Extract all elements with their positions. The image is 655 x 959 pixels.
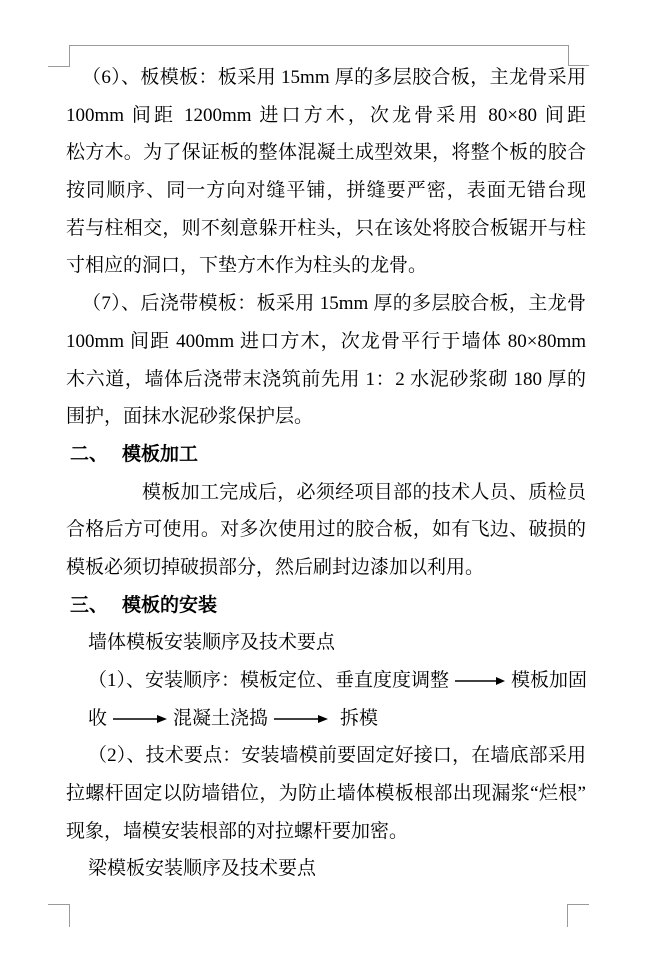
arrow-right-icon[interactable]	[274, 714, 328, 724]
heading-title: 模板的安装	[122, 595, 217, 616]
document-page: （6）、板模板：板采用 15mm 厚的多层胶合板，主龙骨采用 50× 100mm…	[0, 0, 655, 959]
section-heading-template-installation[interactable]: 三、模板的安装	[66, 587, 586, 625]
paragraph-line[interactable]: 梁模板安装顺序及技术要点	[66, 850, 586, 888]
paragraph-line[interactable]: 现象，墙模安装根部的对拉螺杆要加密。	[66, 813, 586, 851]
crop-mark-bottom-right-horizontal	[567, 904, 589, 905]
heading-number: 三、	[70, 595, 108, 616]
header-separator-line	[69, 45, 568, 46]
paragraph-line[interactable]: 拉螺杆固定以防墙错位，为防止墙体模板根部出现漏浆“烂根”	[66, 775, 586, 813]
paragraph-line[interactable]: 寸相应的洞口，下垫方木作为柱头的龙骨。	[66, 247, 586, 285]
heading-number: 二、	[70, 444, 108, 465]
paragraph-line[interactable]: 模板加工完成后，必须经项目部的技术人员、质检员验收	[66, 474, 586, 512]
crop-mark-bottom-right-vertical	[567, 904, 568, 927]
paragraph-line[interactable]: 按同顺序、同一方向对缝平铺，拼缝要严密，表面无错台现象，	[66, 172, 586, 210]
paragraph-line[interactable]: 松方木。为了保证板的整体混凝土成型效果，将整个板的胶合板	[66, 134, 586, 172]
paragraph-line[interactable]: 100mm 间距 400mm 进口方木，次龙骨平行于墙体 80×80mm 方	[66, 323, 586, 361]
sequence-text: 混凝土浇捣	[173, 700, 268, 738]
installation-sequence-row[interactable]: 收 混凝土浇捣 拆模	[66, 700, 586, 738]
sequence-text: （1）、安装顺序：模板定位、垂直度度调整	[88, 662, 449, 700]
arrow-right-icon[interactable]	[455, 676, 505, 686]
paragraph-line[interactable]: 100mm 间距 1200mm 进口方木，次龙骨采用 80×80 间距 400m…	[66, 97, 586, 135]
document-body: （6）、板模板：板采用 15mm 厚的多层胶合板，主龙骨采用 50× 100mm…	[66, 59, 586, 888]
paragraph-line[interactable]: 合格后方可使用。对多次使用过的胶合板，如有飞边、破损的	[66, 511, 586, 549]
paragraph-line[interactable]: （2）、技术要点：安装墙模前要固定好接口，在墙底部采用对	[66, 737, 586, 775]
paragraph-line[interactable]: 围护，面抹水泥砂浆保护层。	[66, 398, 586, 436]
paragraph-line[interactable]: 墙体模板安装顺序及技术要点	[66, 624, 586, 662]
sequence-text: 收	[88, 700, 107, 738]
paragraph-line[interactable]: （7）、后浇带模板：板采用 15mm 厚的多层胶合板，主龙骨 50×	[66, 285, 586, 323]
paragraph-line[interactable]: 木六道，墙体后浇带末浇筑前先用 1：2 水泥砂浆砌 180 厚的砖墙	[66, 361, 586, 399]
paragraph-line[interactable]: 模板必须切掉破损部分，然后刷封边漆加以利用。	[66, 549, 586, 587]
paragraph-line[interactable]: 若与柱相交，则不刻意躲开柱头，只在该处将胶合板锯开与柱尺	[66, 210, 586, 248]
crop-mark-bottom-left-vertical	[69, 904, 70, 927]
paragraph-line[interactable]: （6）、板模板：板采用 15mm 厚的多层胶合板，主龙骨采用 50×	[66, 59, 586, 97]
heading-title: 模板加工	[122, 444, 198, 465]
sequence-text: 拆模	[340, 700, 378, 738]
section-heading-template-processing[interactable]: 二、模板加工	[66, 436, 586, 474]
installation-sequence-row[interactable]: （1）、安装顺序：模板定位、垂直度度调整 模板加固 验	[66, 662, 586, 700]
crop-mark-bottom-left-horizontal	[48, 904, 70, 905]
arrow-right-icon[interactable]	[113, 714, 167, 724]
sequence-text: 模板加固	[511, 662, 586, 700]
